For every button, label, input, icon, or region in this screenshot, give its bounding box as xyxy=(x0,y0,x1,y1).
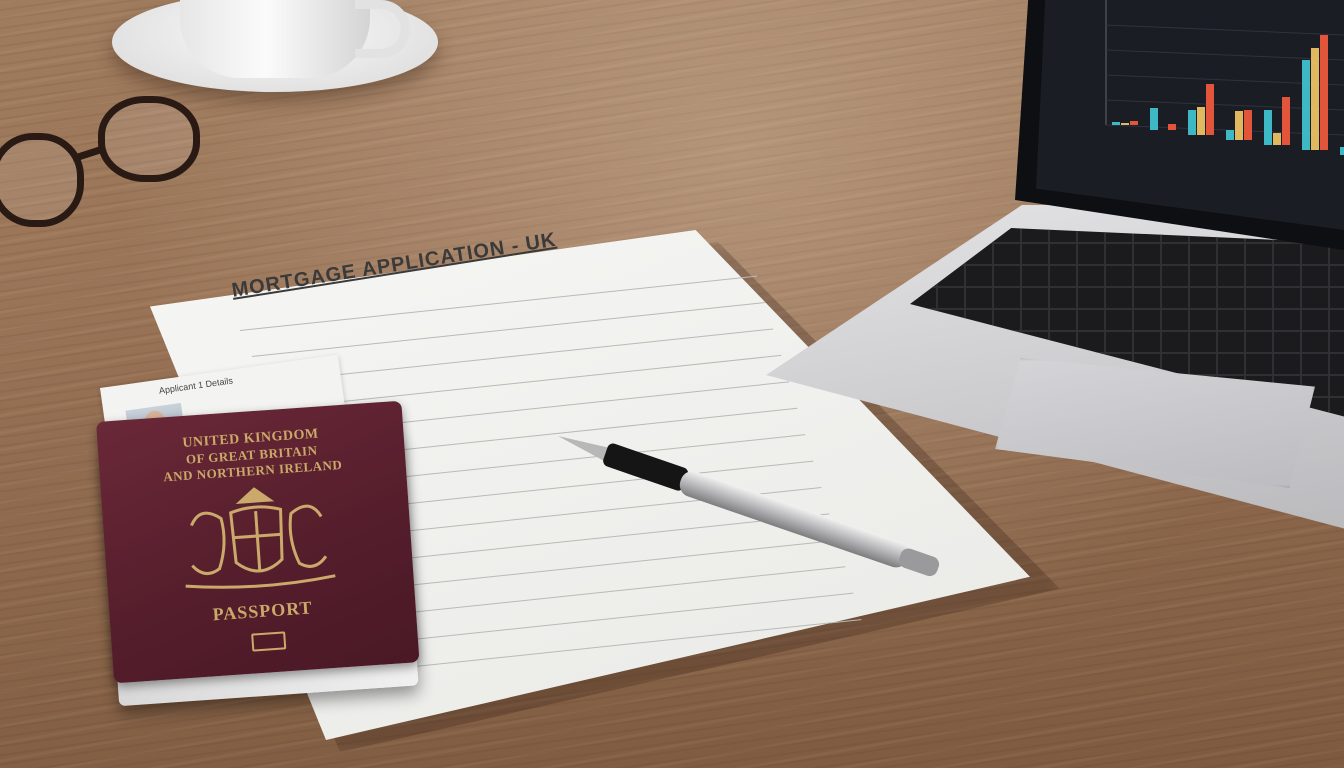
form-line xyxy=(384,593,854,643)
passport-word: PASSPORT xyxy=(109,590,416,632)
coffee-cup xyxy=(180,0,370,78)
glasses-lens-left xyxy=(0,133,84,227)
biometric-chip-icon xyxy=(251,631,286,651)
form-line xyxy=(396,619,862,669)
passport: UNITED KINGDOM OF GREAT BRITAIN AND NORT… xyxy=(96,401,420,684)
fountain-pen xyxy=(558,432,978,592)
form-line xyxy=(276,355,781,409)
reading-glasses xyxy=(0,88,220,238)
glasses-lens-right xyxy=(98,96,200,182)
applicant-card-title: Applicant 1 Details xyxy=(158,375,233,395)
royal-coat-of-arms-icon xyxy=(169,475,346,597)
laptop-bar-chart xyxy=(1036,0,1344,230)
form-line xyxy=(252,302,765,357)
